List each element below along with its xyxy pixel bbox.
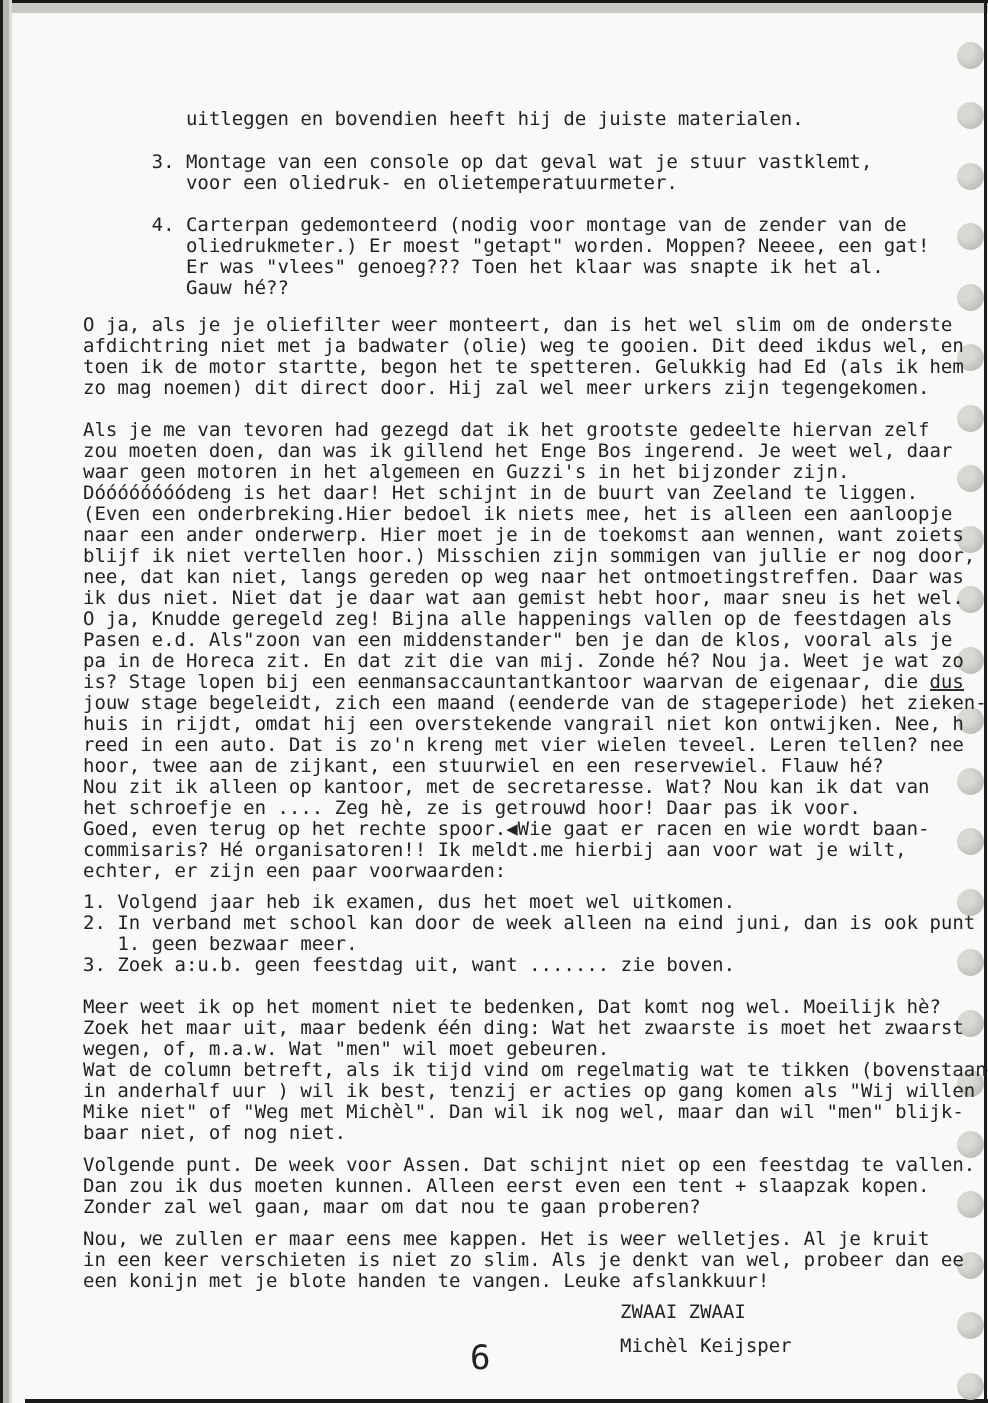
text-line: 1. geen bezwaar meer. xyxy=(83,934,975,955)
text-line: Er was "vlees" genoeg??? Toen het klaar … xyxy=(83,257,929,278)
text-line: O ja, als je je oliefilter weer monteert… xyxy=(83,315,964,336)
text-line: oliedrukmeter.) Er moest "getapt" worden… xyxy=(83,236,929,257)
text-line: ik dus niet. Niet dat je daar wat aan ge… xyxy=(83,588,987,609)
paragraph: O ja, als je je oliefilter weer monteert… xyxy=(83,315,964,399)
text-line: Als je me van tevoren had gezegd dat ik … xyxy=(83,420,987,441)
text-line: is? Stage lopen bij een eenmansaccauntan… xyxy=(83,672,987,693)
text-line: Volgende punt. De week voor Assen. Dat s… xyxy=(83,1155,975,1176)
text-line: zou moeten doen, dan was ik gillend het … xyxy=(83,441,987,462)
text-line: nee, dat kan niet, langs gereden op weg … xyxy=(83,567,987,588)
paragraph: ZWAAI ZWAAI xyxy=(620,1302,746,1323)
paragraph: Michèl Keijsper xyxy=(620,1336,792,1357)
text-line: Dóóóóóóóódeng is het daar! Het schijnt i… xyxy=(83,483,987,504)
text-line: Goed, even terug op het rechte spoor.◀Wi… xyxy=(83,819,987,840)
paragraph: Nou, we zullen er maar eens mee kappen. … xyxy=(83,1229,964,1292)
page-number: 6 xyxy=(470,1340,490,1376)
text-line: echter, er zijn een paar voorwaarden: xyxy=(83,861,987,882)
text-line: Dan zou ik dus moeten kunnen. Alleen eer… xyxy=(83,1176,975,1197)
text-line: waar geen motoren in het algemeen en Guz… xyxy=(83,462,987,483)
text-line: Meer weet ik op het moment niet te beden… xyxy=(83,997,988,1018)
text-line: 1. Volgend jaar heb ik examen, dus het m… xyxy=(83,892,975,913)
text-line: huis in rijdt, omdat hij een overstekend… xyxy=(83,714,987,735)
text-line: Pasen e.d. Als"zoon van een middenstande… xyxy=(83,630,987,651)
paragraph: uitleggen en bovendien heeft hij de juis… xyxy=(83,109,804,130)
text-line: het schroefje en .... Zeg hè, ze is getr… xyxy=(83,798,987,819)
text-line: uitleggen en bovendien heeft hij de juis… xyxy=(83,109,804,130)
text-line: jouw stage begeleidt, zich een maand (ee… xyxy=(83,693,987,714)
text-line: (Even een onderbreking.Hier bedoel ik ni… xyxy=(83,504,987,525)
text-line: een konijn met je blote handen te vangen… xyxy=(83,1271,964,1292)
text-line: pa in de Horeca zit. En dat zit die van … xyxy=(83,651,987,672)
text-line: in anderhalf uur ) wil ik best, tenzij e… xyxy=(83,1081,988,1102)
text-line: wegen, of, m.a.w. Wat "men" wil moet geb… xyxy=(83,1039,988,1060)
text-line: O ja, Knudde geregeld zeg! Bijna alle ha… xyxy=(83,609,987,630)
text-line: Nou zit ik alleen op kantoor, met de sec… xyxy=(83,777,987,798)
underline-dus-decoration xyxy=(930,689,964,691)
text-line: Wat de column betreft, als ik tijd vind … xyxy=(83,1060,988,1081)
text-line: naar een ander onderwerp. Hier moet je i… xyxy=(83,525,987,546)
text-line: ZWAAI ZWAAI xyxy=(620,1302,746,1323)
text-line: in een keer verschieten is niet zo slim.… xyxy=(83,1250,964,1271)
text-line: 3. Zoek a:u.b. geen feestdag uit, want .… xyxy=(83,955,975,976)
text-line: Nou, we zullen er maar eens mee kappen. … xyxy=(83,1229,964,1250)
text-line: 2. In verband met school kan door de wee… xyxy=(83,913,975,934)
text-line: zo mag noemen) dit direct door. Hij zal … xyxy=(83,378,964,399)
paragraph: Volgende punt. De week voor Assen. Dat s… xyxy=(83,1155,975,1218)
text-line: Michèl Keijsper xyxy=(620,1336,792,1357)
text-line: baar niet, of nog niet. xyxy=(83,1123,988,1144)
scanned-page: uitleggen en bovendien heeft hij de juis… xyxy=(0,0,988,1403)
text-line: Zoek het maar uit, maar bedenk één ding:… xyxy=(83,1018,988,1039)
text-line: afdichtring niet met ja badwater (olie) … xyxy=(83,336,964,357)
text-line: hoor, twee aan de zijkant, een stuurwiel… xyxy=(83,756,987,777)
text-line: blijf ik niet vertellen hoor.) Misschien… xyxy=(83,546,987,567)
text-line: Mike niet" of "Weg met Michèl". Dan wil … xyxy=(83,1102,988,1123)
paragraph: Meer weet ik op het moment niet te beden… xyxy=(83,997,988,1144)
text-line: voor een oliedruk- en olietemperatuurmet… xyxy=(83,173,872,194)
text-line: toen ik de motor startte, begon het te s… xyxy=(83,357,964,378)
text-line: reed in een auto. Dat is zo'n kreng met … xyxy=(83,735,987,756)
paragraph: 3. Montage van een console op dat geval … xyxy=(83,152,872,194)
paragraph: 1. Volgend jaar heb ik examen, dus het m… xyxy=(83,892,975,976)
text-line: Zonder zal wel gaan, maar om dat nou te … xyxy=(83,1197,975,1218)
text-line: 4. Carterpan gedemonteerd (nodig voor mo… xyxy=(83,215,929,236)
text-line: commisaris? Hé organisatoren!! Ik meldt.… xyxy=(83,840,987,861)
document-body: uitleggen en bovendien heeft hij de juis… xyxy=(0,0,988,1403)
paragraph: 4. Carterpan gedemonteerd (nodig voor mo… xyxy=(83,215,929,299)
text-line: 3. Montage van een console op dat geval … xyxy=(83,152,872,173)
text-line: Gauw hé?? xyxy=(83,278,929,299)
paragraph: Als je me van tevoren had gezegd dat ik … xyxy=(83,420,987,882)
